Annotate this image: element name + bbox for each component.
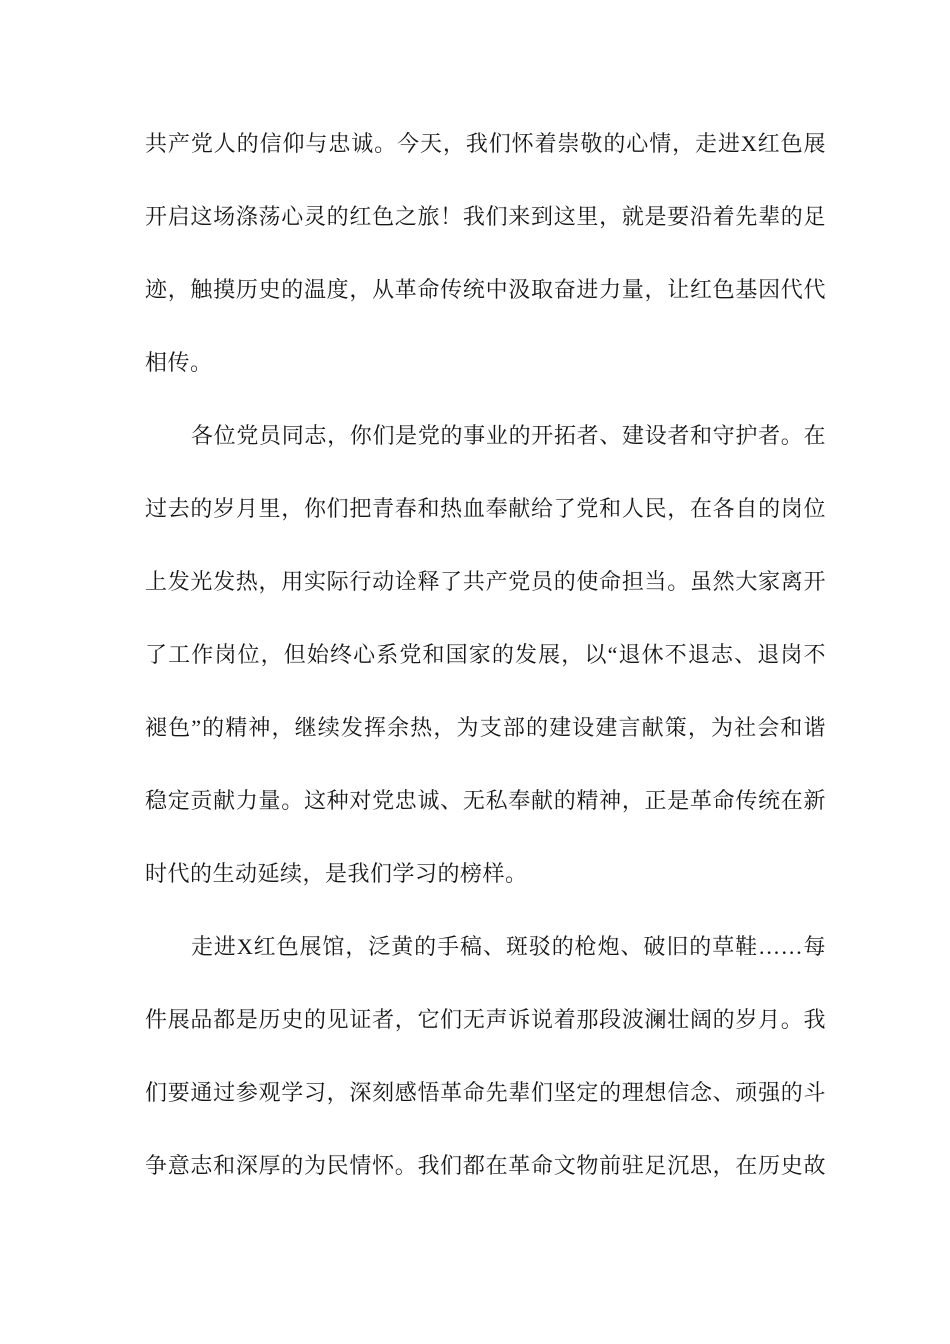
text-line: 时代的生动延续，是我们学习的榜样。	[145, 837, 826, 910]
text-line: 们要通过参观学习，深刻感悟革命先辈们坚定的理想信念、顽强的斗	[145, 1056, 826, 1129]
text-line: 相传。	[145, 326, 826, 399]
text-line: 争意志和深厚的为民情怀。我们都在革命文物前驻足沉思，在历史故	[145, 1129, 826, 1202]
text-line: 共产党人的信仰与忠诚。今天，我们怀着崇敬的心情，走进X红色展馆，	[145, 107, 826, 180]
paragraph-3: 走进X红色展馆，泛黄的手稿、斑驳的枪炮、破旧的草鞋……每一件展品都是历史的见证者…	[145, 910, 826, 1202]
text-line: 了工作岗位，但始终心系党和国家的发展，以“退休不退志、退岗不	[145, 618, 826, 691]
document-page: 共产党人的信仰与忠诚。今天，我们怀着崇敬的心情，走进X红色展馆，开启这场涤荡心灵…	[0, 0, 950, 1344]
text-line: 各位党员同志，你们是党的事业的开拓者、建设者和守护者。在	[145, 399, 826, 472]
text-line: 件展品都是历史的见证者，它们无声诉说着那段波澜壮阔的岁月。我	[145, 983, 826, 1056]
text-line: 走进X红色展馆，泛黄的手稿、斑驳的枪炮、破旧的草鞋……每一	[145, 910, 826, 983]
text-line: 过去的岁月里，你们把青春和热血奉献给了党和人民，在各自的岗位	[145, 472, 826, 545]
document-body: 共产党人的信仰与忠诚。今天，我们怀着崇敬的心情，走进X红色展馆，开启这场涤荡心灵…	[145, 107, 826, 1202]
paragraph-2: 各位党员同志，你们是党的事业的开拓者、建设者和守护者。在过去的岁月里，你们把青春…	[145, 399, 826, 910]
text-line: 开启这场涤荡心灵的红色之旅！我们来到这里，就是要沿着先辈的足	[145, 180, 826, 253]
text-line: 迹，触摸历史的温度，从革命传统中汲取奋进力量，让红色基因代代	[145, 253, 826, 326]
paragraph-1: 共产党人的信仰与忠诚。今天，我们怀着崇敬的心情，走进X红色展馆，开启这场涤荡心灵…	[145, 107, 826, 399]
text-line: 上发光发热，用实际行动诠释了共产党员的使命担当。虽然大家离开	[145, 545, 826, 618]
text-line: 褪色”的精神，继续发挥余热，为支部的建设建言献策，为社会和谐	[145, 691, 826, 764]
text-line: 稳定贡献力量。这种对党忠诚、无私奉献的精神，正是革命传统在新	[145, 764, 826, 837]
